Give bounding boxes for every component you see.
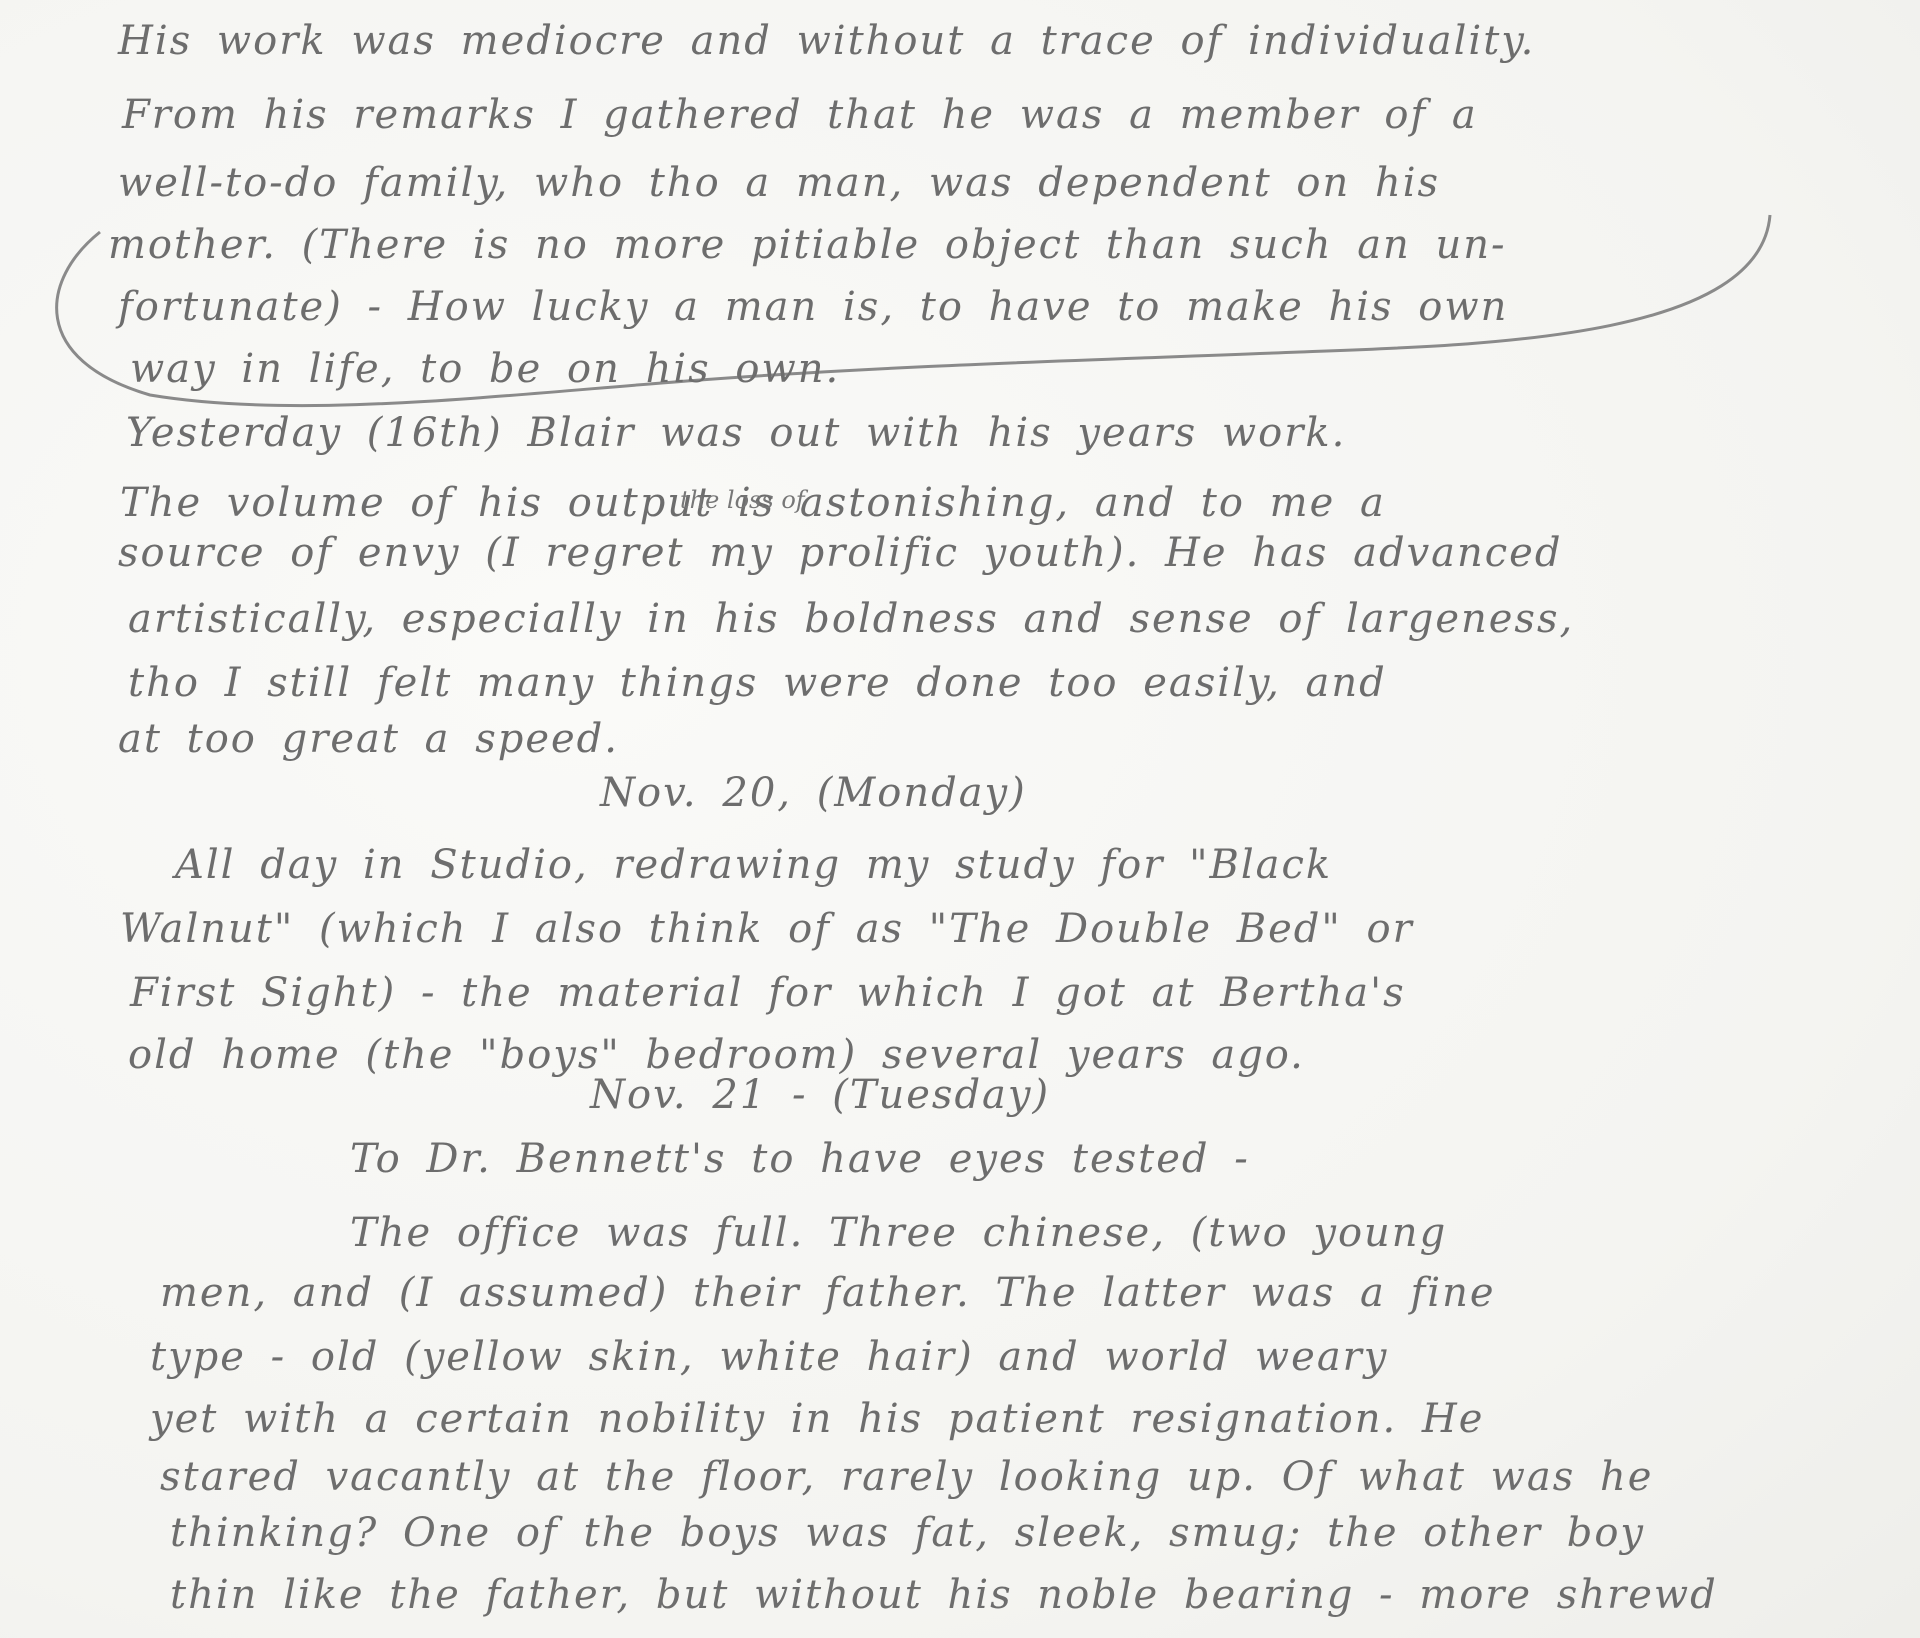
text-line: at too great a speed.: [118, 716, 619, 762]
text-line: thin like the father, but without his no…: [170, 1572, 1718, 1618]
entry-date-heading: Nov. 21 - (Tuesday): [590, 1072, 1050, 1118]
text-line: First Sight) - the material for which I …: [130, 970, 1406, 1016]
text-line: well-to-do family, who tho a man, was de…: [118, 160, 1440, 206]
text-line: Walnut" (which I also think of as "The D…: [120, 906, 1414, 952]
text-line: tho I still felt many things were done t…: [128, 660, 1387, 706]
text-line: thinking? One of the boys was fat, sleek…: [170, 1510, 1645, 1556]
text-line: artistically, especially in his boldness…: [128, 596, 1574, 642]
text-line: To Dr. Bennett's to have eyes tested -: [350, 1136, 1250, 1182]
text-line: Yesterday (16th) Blair was out with his …: [126, 410, 1346, 456]
text-line: mother. (There is no more pitiable objec…: [108, 222, 1507, 268]
entry-date-heading: Nov. 20, (Monday): [600, 770, 1027, 816]
text-line: stared vacantly at the floor, rarely loo…: [160, 1454, 1653, 1500]
text-line: His work was mediocre and without a trac…: [118, 18, 1535, 64]
insertion-note: the loss of: [680, 486, 805, 514]
text-line: type - old (yellow skin, white hair) and…: [150, 1334, 1388, 1380]
text-line: All day in Studio, redrawing my study fo…: [175, 842, 1332, 888]
text-line: yet with a certain nobility in his patie…: [150, 1396, 1484, 1442]
text-line: fortunate) - How lucky a man is, to have…: [118, 284, 1508, 330]
diary-page: His work was mediocre and without a trac…: [0, 0, 1920, 1638]
text-line: The office was full. Three chinese, (two…: [350, 1210, 1447, 1256]
text-line: From his remarks I gathered that he was …: [122, 92, 1478, 138]
text-line: way in life, to be on his own.: [130, 346, 840, 392]
text-line: source of envy (I regret my prolific you…: [118, 530, 1562, 576]
text-line: men, and (I assumed) their father. The l…: [160, 1270, 1496, 1316]
